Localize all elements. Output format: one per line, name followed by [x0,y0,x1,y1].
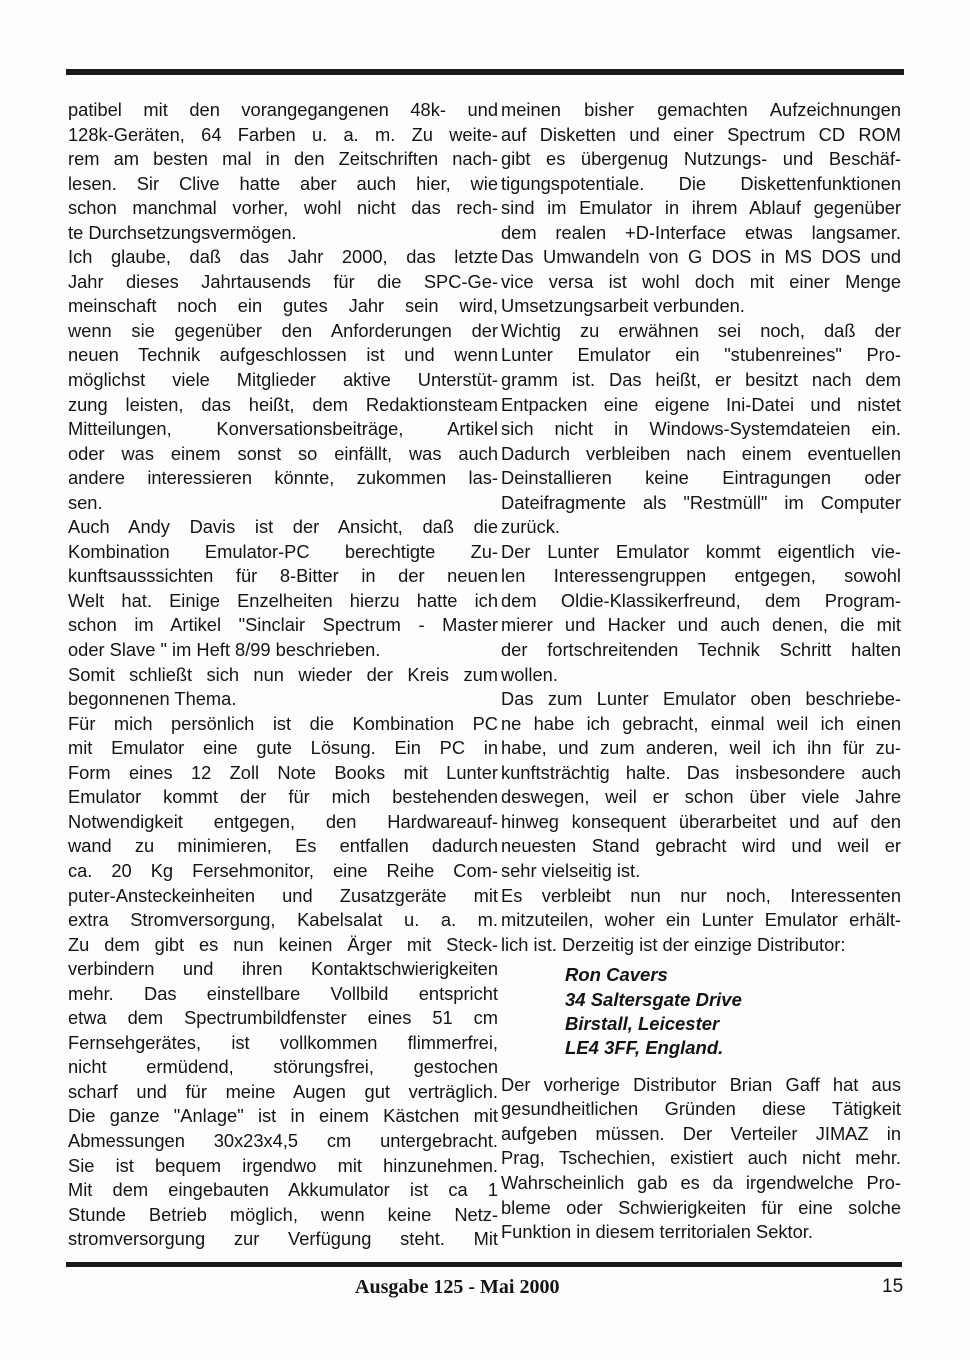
text-line: ne habe ich gebracht, einmal weil ich ei… [501,712,901,737]
text-line: sind im Emulator in ihrem Ablauf gegenüb… [501,196,901,221]
text-line: sen. [68,491,498,516]
text-line: Es verbleibt nun nur noch, Interessenten [501,884,901,909]
text-line: schon manchmal vorher, wohl nicht das re… [68,196,498,221]
address-street: 34 Saltersgate Drive [565,988,901,1012]
text-line: bleme oder Schwierigkeiten für eine solc… [501,1196,901,1221]
text-line: sich nicht in Windows-Systemdateien ein. [501,417,901,442]
text-line: stromversorgung zur Verfügung steht. Mit [68,1227,498,1252]
text-line: Prag, Tschechien, existiert auch nicht m… [501,1146,901,1171]
text-line: mierer und Hacker und auch denen, die mi… [501,613,901,638]
text-line: Das Umwandeln von G DOS in MS DOS und [501,245,901,270]
bottom-rule [66,1262,902,1267]
text-line: Mit dem eingebauten Akkumulator ist ca 1 [68,1178,498,1203]
address-postcode-country: LE4 3FF, England. [565,1036,901,1060]
text-line: verbindern und ihren Kontaktschwierigkei… [68,957,498,982]
text-line: tigungspotentiale. Die Diskettenfunktion… [501,172,901,197]
text-line: mitzuteilen, woher ein Lunter Emulator e… [501,908,901,933]
address-city: Birstall, Leicester [565,1012,901,1036]
text-line: Dadurch verbleiben nach einem eventuelle… [501,442,901,467]
distributor-address: Ron Cavers 34 Saltersgate Drive Birstall… [501,963,901,1061]
text-line: Lunter Emulator ein "stubenreines" Pro- [501,343,901,368]
text-line: vice versa ist wohl doch mit einer Menge [501,270,901,295]
text-line: mit Emulator eine gute Lösung. Ein PC in [68,736,498,761]
text-line: Somit schließt sich nun wieder der Kreis… [68,663,498,688]
text-line: zurück. [501,515,901,540]
text-line: deswegen, weil er schon über viele Jahre [501,785,901,810]
text-line: gibt es übergenug Nutzungs- und Beschäf- [501,147,901,172]
text-line: Fernsehgerätes, ist vollkommen flimmerfr… [68,1031,498,1056]
top-rule [66,69,904,75]
text-line: Deinstallieren keine Eintragungen oder [501,466,901,491]
text-line: Wichtig zu erwähnen sei noch, daß der [501,319,901,344]
text-line: te Durchsetzungsvermögen. [68,221,498,246]
text-line: wand zu minimieren, Es entfallen dadurch [68,834,498,859]
text-line: lesen. Sir Clive hatte aber auch hier, w… [68,172,498,197]
text-line: len Interessengruppen entgegen, sowohl [501,564,901,589]
text-line: andere interessieren könnte, zukommen la… [68,466,498,491]
text-line: Stunde Betrieb möglich, wenn keine Netz- [68,1203,498,1228]
text-line: Ich glaube, daß das Jahr 2000, das letzt… [68,245,498,270]
text-line: Notwendigkeit entgegen, den Hardwareauf- [68,810,498,835]
text-line: patibel mit den vorangegangenen 48k- und [68,98,498,123]
text-line: nicht ermüdend, störungsfrei, gestochen [68,1055,498,1080]
text-line: Funktion in diesem territorialen Sektor. [501,1220,901,1245]
text-line: Sie ist bequem irgendwo mit hinzunehmen. [68,1154,498,1179]
text-line: möglichst viele Mitglieder aktive Unters… [68,368,498,393]
text-line: puter-Ansteckeinheiten und Zusatzgeräte … [68,884,498,909]
text-line: zung leisten, das heißt, dem Redaktionst… [68,393,498,418]
text-line: kunftsträchtig halte. Das insbesondere a… [501,761,901,786]
text-line: dem realen +D-Interface etwas langsamer. [501,221,901,246]
text-line: dem Oldie-Klassikerfreund, dem Program- [501,589,901,614]
text-line: Abmessungen 30x23x4,5 cm untergebracht. [68,1129,498,1154]
text-line: auf Disketten und einer Spectrum CD ROM [501,123,901,148]
text-line: neuesten Stand gebracht wird und weil er [501,834,901,859]
text-line: Emulator kommt der für mich bestehenden [68,785,498,810]
text-line: wenn sie gegenüber den Anforderungen der [68,319,498,344]
text-line: Der Lunter Emulator kommt eigentlich vie… [501,540,901,565]
text-line: Umsetzungsarbeit verbunden. [501,294,901,319]
text-line: der fortschreitenden Technik Schritt hal… [501,638,901,663]
text-line: mehr. Das einstellbare Vollbild entspric… [68,982,498,1007]
text-line: Wahrscheinlich gab es da irgendwelche Pr… [501,1171,901,1196]
text-line: scharf und für meine Augen gut verträgli… [68,1080,498,1105]
page-number: 15 [882,1276,903,1298]
text-line: aufgeben müssen. Der Verteiler JIMAZ in [501,1122,901,1147]
text-line: Entpacken eine eigene Ini-Datei und nist… [501,393,901,418]
text-line: Form eines 12 Zoll Note Books mit Lunter [68,761,498,786]
text-line: Zu dem gibt es nun keinen Ärger mit Stec… [68,933,498,958]
text-line: oder Slave " im Heft 8/99 beschrieben. [68,638,498,663]
text-line: oder was einem sonst so einfällt, was au… [68,442,498,467]
text-line: lich ist. Derzeitig ist der einzige Dist… [501,933,901,958]
text-line: wollen. [501,663,901,688]
text-line: extra Stromversorgung, Kabelsalat u. a. … [68,908,498,933]
text-line: Auch Andy Davis ist der Ansicht, daß die [68,515,498,540]
text-line: meinen bisher gemachten Aufzeichnungen [501,98,901,123]
text-line: schon im Artikel "Sinclair Spectrum - Ma… [68,613,498,638]
text-line: etwa dem Spectrumbildfenster eines 51 cm [68,1006,498,1031]
text-line: habe, und zum anderen, weil ich ihn für … [501,736,901,761]
text-line: sehr vielseitig ist. [501,859,901,884]
right-column-text-top: meinen bisher gemachten Aufzeichnungenau… [501,98,901,957]
text-line: gesundheitlichen Gründen diese Tätigkeit [501,1097,901,1122]
text-line: gramm ist. Das heißt, er besitzt nach de… [501,368,901,393]
text-line: Der vorherige Distributor Brian Gaff hat… [501,1073,901,1098]
right-column: meinen bisher gemachten Aufzeichnungenau… [501,98,901,1245]
text-line: Die ganze "Anlage" ist in einem Kästchen… [68,1104,498,1129]
text-line: Kombination Emulator-PC berechtigte Zu- [68,540,498,565]
text-line: Welt hat. Einige Enzelheiten hierzu hatt… [68,589,498,614]
text-line: begonnenen Thema. [68,687,498,712]
issue-label: Ausgabe 125 - Mai 2000 [355,1276,559,1299]
text-line: hinweg konsequent überarbeitet und auf d… [501,810,901,835]
left-column: patibel mit den vorangegangenen 48k- und… [68,98,498,1252]
address-name: Ron Cavers [565,963,901,987]
text-line: kunftsausssichten für 8-Bitter in der ne… [68,564,498,589]
text-line: meinschaft noch ein gutes Jahr sein wird… [68,294,498,319]
text-line: ca. 20 Kg Fersehmonitor, eine Reihe Com- [68,859,498,884]
text-line: 128k-Geräten, 64 Farben u. a. m. Zu weit… [68,123,498,148]
text-line: rem am besten mal in den Zeitschriften n… [68,147,498,172]
text-line: Das zum Lunter Emulator oben beschriebe- [501,687,901,712]
text-line: neuen Technik aufgeschlossen ist und wen… [68,343,498,368]
text-line: Dateifragmente als "Restmüll" im Compute… [501,491,901,516]
text-line: Mitteilungen, Konversationsbeiträge, Art… [68,417,498,442]
right-column-text-bottom: Der vorherige Distributor Brian Gaff hat… [501,1073,901,1245]
text-line: Jahr dieses Jahrtausends für die SPC-Ge- [68,270,498,295]
text-line: Für mich persönlich ist die Kombination … [68,712,498,737]
